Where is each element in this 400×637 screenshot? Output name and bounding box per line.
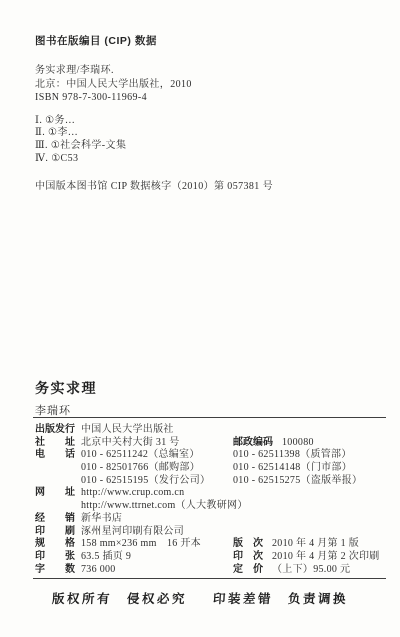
colophon-value: 010 - 62515195（发行公司） — [81, 475, 210, 486]
colophon-row: http://www.ttrnet.com（人大教研网） — [0, 500, 400, 513]
colophon-row: 社 址北京中关村大街 31 号 邮政编码100080 — [0, 437, 400, 450]
colophon-value: 736 000 — [81, 564, 116, 575]
title-block: 务实求理 李瑞环 — [35, 378, 97, 418]
cip-isbn-line: ISBN 978-7-300-11969-4 — [35, 91, 273, 105]
colophon-right-value: 010 - 62511398（质管部） — [233, 449, 352, 460]
colophon-right-value: 100080 — [282, 437, 314, 448]
colophon-right: 版 次2010 年 4 月第 1 版 — [233, 538, 359, 551]
colophon-row: 印 张63.5 插页 9 印 次2010 年 4 月第 2 次印刷 — [0, 551, 400, 564]
colophon-value: 158 mm×236 mm 16 开本 — [81, 538, 201, 549]
cip-heading: 图书在版编目 (CIP) 数据 — [35, 33, 273, 48]
colophon-row: 出版发行中国人民大学出版社 — [0, 424, 400, 437]
colophon-row: 规 格158 mm×236 mm 16 开本 版 次2010 年 4 月第 1 … — [0, 538, 400, 551]
colophon-value: 新华书店 — [81, 513, 122, 524]
colophon-row: 网 址http://www.crup.com.cn — [0, 487, 400, 500]
colophon-label: 印 张 — [35, 551, 81, 564]
colophon-right: 010 - 62511398（质管部） — [233, 449, 352, 462]
colophon-value: 中国人民大学出版社 — [81, 424, 174, 435]
colophon-row: 字 数736 000 定 价（上下）95.00 元 — [0, 564, 400, 577]
colophon-value: 63.5 插页 9 — [81, 551, 131, 562]
colophon-label: 规 格 — [35, 538, 81, 551]
colophon-right-value: 010 - 62515275（盗版举报） — [233, 475, 362, 486]
colophon-label: 电 话 — [35, 449, 81, 462]
cip-city-line: 北京：中国人民大学出版社，2010 — [35, 78, 273, 92]
colophon-row: 经 销新华书店 — [0, 513, 400, 526]
colophon: 出版发行中国人民大学出版社 社 址北京中关村大街 31 号 邮政编码100080… — [0, 424, 400, 576]
colophon-right: 定 价（上下）95.00 元 — [233, 564, 350, 577]
colophon-right-label: 邮政编码 — [233, 437, 273, 448]
colophon-label: 印 刷 — [35, 526, 81, 539]
colophon-right-value: 2010 年 4 月第 2 次印刷 — [272, 551, 380, 562]
colophon-right: 邮政编码100080 — [233, 437, 314, 450]
colophon-value: 北京中关村大街 31 号 — [81, 437, 180, 448]
colophon-right-value: 2010 年 4 月第 1 版 — [272, 538, 359, 549]
colophon-right-label: 版 次 — [233, 538, 263, 549]
colophon-right-label: 定 价 — [233, 564, 263, 575]
colophon-right-value: （上下）95.00 元 — [272, 564, 350, 575]
colophon-value: http://www.ttrnet.com（人大教研网） — [81, 500, 248, 511]
colophon-value: 涿州星河印刷有限公司 — [81, 526, 184, 537]
colophon-right-value: 010 - 62514148（门市部） — [233, 462, 352, 473]
cip-index-line: Ⅱ. ①李… — [35, 127, 273, 140]
colophon-row: 010 - 62515195（发行公司） 010 - 62515275（盗版举报… — [0, 475, 400, 488]
colophon-value: 010 - 82501766（邮购部） — [81, 462, 200, 473]
footer-copyright-text: 版权所有 侵权必究 — [52, 592, 188, 606]
cip-block: 图书在版编目 (CIP) 数据 务实求理/李瑞环. 北京：中国人民大学出版社，2… — [35, 33, 273, 202]
book-author: 李瑞环 — [35, 402, 97, 418]
cip-index-line: Ⅳ. ①C53 — [35, 153, 273, 166]
colophon-right-label: 印 次 — [233, 551, 263, 562]
colophon-label: 社 址 — [35, 437, 81, 450]
cip-index-line: Ⅲ. ①社会科学-文集 — [35, 140, 273, 153]
colophon-value: 010 - 62511242（总编室） — [81, 449, 200, 460]
cip-registry-line: 中国版本图书馆 CIP 数据核字（2010）第 057381 号 — [35, 177, 273, 192]
footer-notice: 版权所有 侵权必究印装差错 负责调换 — [0, 589, 400, 607]
colophon-label: 出版发行 — [35, 424, 81, 437]
colophon-right: 印 次2010 年 4 月第 2 次印刷 — [233, 551, 380, 564]
colophon-value: http://www.crup.com.cn — [81, 487, 184, 498]
colophon-right: 010 - 62515275（盗版举报） — [233, 475, 362, 488]
colophon-row: 电 话010 - 62511242（总编室） 010 - 62511398（质管… — [0, 449, 400, 462]
footer-exchange-text: 印装差错 负责调换 — [213, 592, 349, 606]
cip-book-line: 务实求理/李瑞环. — [35, 64, 273, 78]
copyright-page: 图书在版编目 (CIP) 数据 务实求理/李瑞环. 北京：中国人民大学出版社，2… — [0, 0, 400, 637]
colophon-label: 经 销 — [35, 513, 81, 526]
colophon-row: 印 刷涿州星河印刷有限公司 — [0, 526, 400, 539]
colophon-label: 网 址 — [35, 487, 81, 500]
cip-index-line: Ⅰ. ①务… — [35, 115, 273, 128]
colophon-row: 010 - 82501766（邮购部） 010 - 62514148（门市部） — [0, 462, 400, 475]
cip-index-list: Ⅰ. ①务… Ⅱ. ①李… Ⅲ. ①社会科学-文集 Ⅳ. ①C53 — [35, 115, 273, 166]
colophon-right: 010 - 62514148（门市部） — [233, 462, 352, 475]
colophon-label: 字 数 — [35, 564, 81, 577]
divider-top — [33, 417, 386, 418]
divider-bottom — [33, 578, 386, 579]
book-title: 务实求理 — [35, 378, 97, 398]
